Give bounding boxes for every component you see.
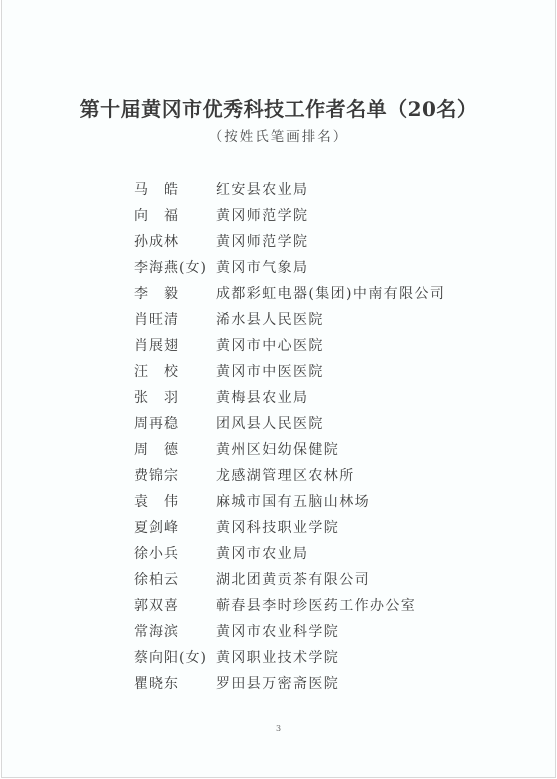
awardee-name: 袁 伟 bbox=[134, 491, 216, 511]
document-page: 第十届黄冈市优秀科技工作者名单（20名） （按姓氏笔画排名） 马 皓红安县农业局… bbox=[1, 0, 556, 778]
awardee-org: 黄冈市农业科学院 bbox=[216, 621, 339, 641]
awardee-org: 黄州区妇幼保健院 bbox=[216, 439, 339, 459]
list-item: 肖展翅黄冈市中心医院 bbox=[134, 332, 445, 358]
list-item: 肖旺清浠水县人民医院 bbox=[134, 306, 445, 332]
document-title: 第十届黄冈市优秀科技工作者名单（20名） bbox=[2, 93, 555, 122]
awardee-name: 徐小兵 bbox=[134, 543, 216, 563]
list-item: 袁 伟麻城市国有五脑山林场 bbox=[134, 488, 445, 514]
awardee-org: 黄梅县农业局 bbox=[216, 387, 308, 407]
awardee-name: 李 毅 bbox=[134, 283, 216, 303]
list-item: 常海滨黄冈市农业科学院 bbox=[134, 618, 445, 644]
awardee-org: 黄冈科技职业学院 bbox=[216, 517, 339, 537]
awardee-name: 张 羽 bbox=[134, 387, 216, 407]
awardee-name: 徐柏云 bbox=[134, 569, 216, 589]
awardee-org: 黄冈师范学院 bbox=[216, 205, 308, 225]
awardee-name: 肖旺清 bbox=[134, 309, 216, 329]
awardee-name: 孙成林 bbox=[134, 231, 216, 251]
list-item: 郭双喜蕲春县李时珍医药工作办公室 bbox=[134, 592, 445, 618]
awardee-org: 罗田县万密斋医院 bbox=[216, 673, 339, 693]
awardee-name: 瞿晓东 bbox=[134, 673, 216, 693]
awardee-org: 浠水县人民医院 bbox=[216, 309, 324, 329]
awardee-name: 周再稳 bbox=[134, 413, 216, 433]
awardee-org: 团风县人民医院 bbox=[216, 413, 324, 433]
page-number: 3 bbox=[2, 724, 555, 733]
awardee-org: 成都彩虹电器(集团)中南有限公司 bbox=[216, 283, 445, 303]
list-item: 李 毅成都彩虹电器(集团)中南有限公司 bbox=[134, 280, 445, 306]
list-item: 费锦宗龙感湖管理区农林所 bbox=[134, 462, 445, 488]
awardee-name: 马 皓 bbox=[134, 179, 216, 199]
awardee-name: 李海燕(女) bbox=[134, 257, 216, 277]
awardee-name: 汪 校 bbox=[134, 361, 216, 381]
awardee-name: 费锦宗 bbox=[134, 465, 216, 485]
awardee-org: 红安县农业局 bbox=[216, 179, 308, 199]
awardee-org: 龙感湖管理区农林所 bbox=[216, 465, 355, 485]
list-item: 张 羽黄梅县农业局 bbox=[134, 384, 445, 410]
awardee-name: 夏剑峰 bbox=[134, 517, 216, 537]
awardee-name: 肖展翅 bbox=[134, 335, 216, 355]
awardee-org: 黄冈职业技术学院 bbox=[216, 647, 339, 667]
list-item: 周再稳团风县人民医院 bbox=[134, 410, 445, 436]
awardee-name: 蔡向阳(女) bbox=[134, 647, 216, 667]
list-item: 马 皓红安县农业局 bbox=[134, 176, 445, 202]
awardee-name: 周 德 bbox=[134, 439, 216, 459]
list-item: 汪 校黄冈市中医医院 bbox=[134, 358, 445, 384]
awardee-org: 黄冈师范学院 bbox=[216, 231, 308, 251]
awardee-list: 马 皓红安县农业局 向 福黄冈师范学院 孙成林黄冈师范学院 李海燕(女)黄冈市气… bbox=[134, 176, 445, 696]
list-item: 周 德黄州区妇幼保健院 bbox=[134, 436, 445, 462]
list-item: 孙成林黄冈师范学院 bbox=[134, 228, 445, 254]
awardee-org: 蕲春县李时珍医药工作办公室 bbox=[216, 595, 416, 615]
list-item: 徐柏云湖北团黄贡茶有限公司 bbox=[134, 566, 445, 592]
awardee-org: 黄冈市气象局 bbox=[216, 257, 308, 277]
list-item: 徐小兵黄冈市农业局 bbox=[134, 540, 445, 566]
awardee-org: 麻城市国有五脑山林场 bbox=[216, 491, 370, 511]
awardee-name: 郭双喜 bbox=[134, 595, 216, 615]
list-item: 蔡向阳(女)黄冈职业技术学院 bbox=[134, 644, 445, 670]
awardee-name: 向 福 bbox=[134, 205, 216, 225]
awardee-org: 黄冈市中心医院 bbox=[216, 335, 324, 355]
list-item: 夏剑峰黄冈科技职业学院 bbox=[134, 514, 445, 540]
list-item: 瞿晓东罗田县万密斋医院 bbox=[134, 670, 445, 696]
list-item: 李海燕(女)黄冈市气象局 bbox=[134, 254, 445, 280]
document-subtitle: （按姓氏笔画排名） bbox=[2, 125, 555, 145]
awardee-name: 常海滨 bbox=[134, 621, 216, 641]
list-item: 向 福黄冈师范学院 bbox=[134, 202, 445, 228]
awardee-org: 黄冈市农业局 bbox=[216, 543, 308, 563]
awardee-org: 黄冈市中医医院 bbox=[216, 361, 324, 381]
awardee-org: 湖北团黄贡茶有限公司 bbox=[216, 569, 370, 589]
